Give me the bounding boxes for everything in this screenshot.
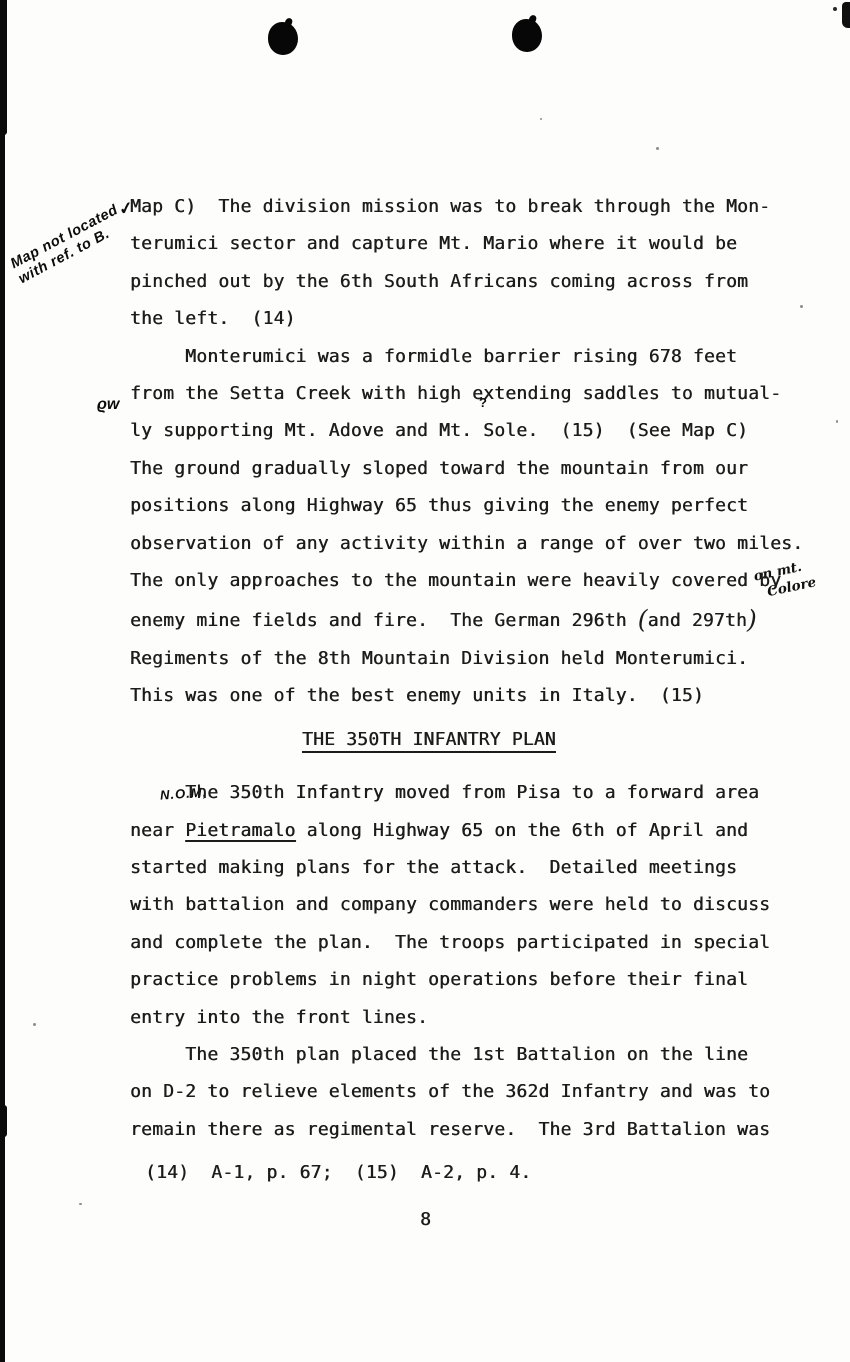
scan-speck [836,420,838,423]
handwritten-paren-open: ( [638,605,648,634]
scan-edge-strip [0,0,5,1362]
text-line: The 350th plan placed the 1st Battalion … [130,1036,820,1073]
text-segment: along Highway 65 on the 6th of April and [296,820,749,841]
text-segment: and 297th [648,610,747,631]
footnote: (14) A-1, p. 67; (15) A-2, p. 4. [130,1154,820,1191]
text-line: terumici sector and capture Mt. Mario wh… [130,225,820,262]
document-body: Map C) The division mission was to break… [130,188,820,1238]
section-heading: THE 350TH INFANTRY PLAN [130,721,820,758]
scan-speck [33,1023,36,1026]
scan-edge-strip [0,0,7,135]
text-line: practice problems in night operations be… [130,961,820,998]
scan-speck [540,118,542,120]
text-line: positions along Highway 65 thus giving t… [130,487,820,524]
text-segment: ly supporting Mt. Adove and Mt. Sole. (1… [130,420,748,441]
text-line: Monterumici was a formidle barrier risin… [130,338,820,375]
text-line: This was one of the best enemy units in … [130,677,820,714]
page-number: 8 [130,1201,820,1238]
text-line: enemy mine fields and fire. The German 2… [130,599,820,639]
handwritten-paren-close: ) [747,605,757,634]
text-line: The only approaches to the mountain were… [130,562,820,599]
scan-edge-artifact [0,1105,7,1137]
text-line: the left. (14) [130,300,820,337]
text-line: from the Setta Creek with high extending… [130,375,820,412]
handwritten-margin-note: Map not locatedwith ref. to B. [8,202,129,288]
text-line: The ground gradually sloped toward the m… [130,450,820,487]
text-line: Regiments of the 8th Mountain Division h… [130,640,820,677]
text-line: The 350th Infantry moved from Pisa to a … [130,774,820,811]
handwritten-question-mark: ? [479,396,487,410]
handwritten-qw-mark: ϱw [97,396,119,414]
text-line: started making plans for the attack. Det… [130,849,820,886]
text-line: and complete the plan. The troops partic… [130,924,820,961]
text-line: entry into the front lines. [130,999,820,1036]
text-segment: enemy mine fields and fire. The German 2… [130,610,638,631]
ink-dot [268,22,298,55]
text-line: remain there as regimental reserve. The … [130,1111,820,1148]
text-line: pinched out by the 6th South Africans co… [130,263,820,300]
scan-speck [656,147,659,150]
text-segment: near [130,820,185,841]
text-line: ly supporting Mt. Adove and Mt. Sole. (1… [130,412,820,449]
text-line: observation of any activity within a ran… [130,525,820,562]
text-line: with battalion and company commanders we… [130,886,820,923]
text-line: near Pietramalo along Highway 65 on the … [130,812,820,849]
scanned-document-page: { "page": { "paper_color": "#fdfdfb", "i… [0,0,850,1362]
scan-speck [79,1203,82,1205]
underlined-place-name: Pietramalo [185,820,295,841]
corner-tear-mark [842,2,850,28]
scan-speck [833,7,837,11]
ink-dot [512,19,542,52]
text-line: on D-2 to relieve elements of the 362d I… [130,1073,820,1110]
text-line: Map C) The division mission was to break… [130,188,820,225]
